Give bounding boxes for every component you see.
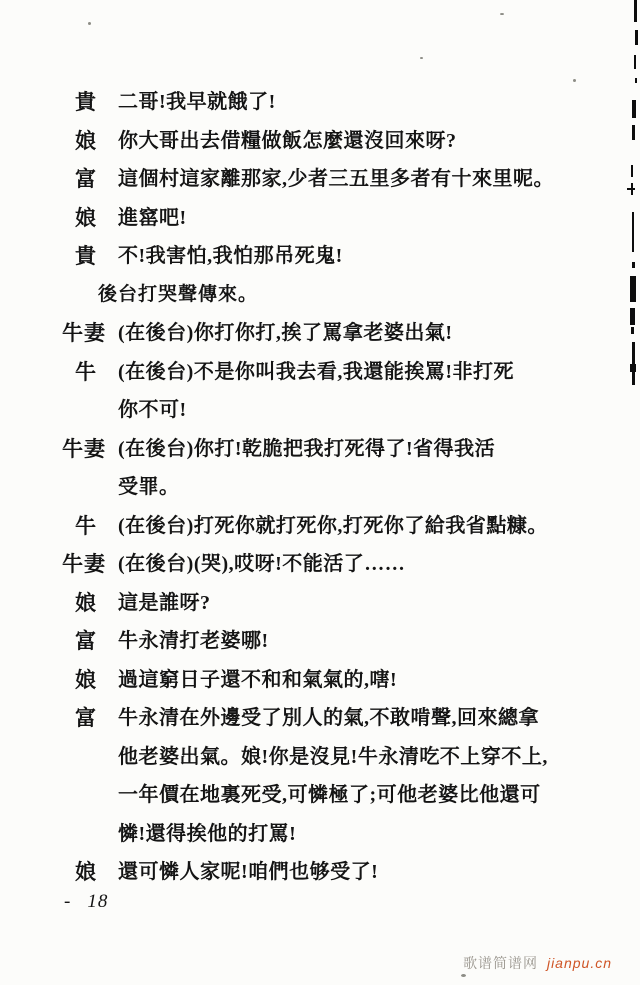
script-text-line: (在後台)你打!乾脆把我打死得了!省得我活 <box>118 430 594 469</box>
speaker-label: 富 <box>62 699 118 738</box>
scanned-script-page: 貴 二哥!我早就餓了! 娘 你大哥出去借糧做飯怎麼還沒回來呀? 富 這個村這家離… <box>0 0 640 985</box>
dialogue-text: (在後台)(哭),哎呀!不能活了…… <box>118 545 594 584</box>
script-row: 娘 進窰吧! <box>62 199 594 238</box>
watermark-site-url: jianpu.cn <box>547 955 612 971</box>
speaker-label: 富 <box>62 160 118 199</box>
script-text-line: 牛永清在外邊受了別人的氣,不敢啃聲,回來總拿 <box>118 699 594 738</box>
speaker-label: 牛妻 <box>62 430 118 469</box>
dialogue-text: (在後台)你打你打,挨了罵拿老婆出氣! <box>118 314 594 353</box>
speaker-label: 牛妻 <box>62 314 118 353</box>
dialogue-text: 你大哥出去借糧做飯怎麼還沒回來呀? <box>118 122 594 161</box>
script-text-line: 不!我害怕,我怕那吊死鬼! <box>118 237 594 276</box>
speaker-label: 貴 <box>62 83 118 122</box>
dialogue-text: (在後台)不是你叫我去看,我還能挨罵!非打死你不可! <box>118 353 594 430</box>
script-text-line: (在後台)你打你打,挨了罵拿老婆出氣! <box>118 314 594 353</box>
script-text-line: 後台打哭聲傳來。 <box>98 276 594 315</box>
script-row: 後台打哭聲傳來。 <box>62 276 594 315</box>
script-text-line: 這是誰呀? <box>118 584 594 623</box>
speaker-label: 貴 <box>62 237 118 276</box>
script-text-line: 還可憐人家呢!咱們也够受了! <box>118 853 594 892</box>
dialogue-text: 後台打哭聲傳來。 <box>118 276 594 315</box>
script-row: 富 這個村這家離那家,少者三五里多者有十來里呢。 <box>62 160 594 199</box>
script-row: 娘 你大哥出去借糧做飯怎麼還沒回來呀? <box>62 122 594 161</box>
script-text-line: 二哥!我早就餓了! <box>118 83 594 122</box>
script-text-line: 過這窮日子還不和和氣氣的,嗐! <box>118 661 594 700</box>
page-number-value: 18 <box>87 891 108 913</box>
script-text-line: 你大哥出去借糧做飯怎麼還沒回來呀? <box>118 122 594 161</box>
dialogue-text: 牛永清打老婆哪! <box>118 622 594 661</box>
page-number: - 18 <box>64 891 108 913</box>
script-text-line: 牛永清打老婆哪! <box>118 622 594 661</box>
script-row: 牛 (在後台)打死你就打死你,打死你了給我省點糠。 <box>62 507 594 546</box>
script-row: 牛 (在後台)不是你叫我去看,我還能挨罵!非打死你不可! <box>62 353 594 430</box>
script-row: 牛妻 (在後台)你打你打,挨了罵拿老婆出氣! <box>62 314 594 353</box>
script-text-line: (在後台)不是你叫我去看,我還能挨罵!非打死 <box>118 353 594 392</box>
dialogue-text: 不!我害怕,我怕那吊死鬼! <box>118 237 594 276</box>
speaker-label: 娘 <box>62 661 118 700</box>
script-text-line: 進窰吧! <box>118 199 594 238</box>
dialogue-text: (在後台)你打!乾脆把我打死得了!省得我活受罪。 <box>118 430 594 507</box>
script-row: 娘 過這窮日子還不和和氣氣的,嗐! <box>62 661 594 700</box>
dialogue-text: 還可憐人家呢!咱們也够受了! <box>118 853 594 892</box>
watermark-site-name: 歌谱简谱网 <box>463 955 538 971</box>
dialogue-text: (在後台)打死你就打死你,打死你了給我省點糠。 <box>118 507 594 546</box>
dialogue-text: 這是誰呀? <box>118 584 594 623</box>
script-row: 牛妻 (在後台)(哭),哎呀!不能活了…… <box>62 545 594 584</box>
speaker-label: 娘 <box>62 199 118 238</box>
script-text-line: 這個村這家離那家,少者三五里多者有十來里呢。 <box>118 160 594 199</box>
dialogue-text: 牛永清在外邊受了別人的氣,不敢啃聲,回來總拿他老婆出氣。娘!你是沒見!牛永清吃不… <box>118 699 594 853</box>
dialogue-text: 這個村這家離那家,少者三五里多者有十來里呢。 <box>118 160 594 199</box>
script-text-line: 你不可! <box>118 391 594 430</box>
script-row: 富 牛永清打老婆哪! <box>62 622 594 661</box>
watermark: 歌谱简谱网 jianpu.cn <box>463 953 612 973</box>
script-text-line: 他老婆出氣。娘!你是沒見!牛永清吃不上穿不上, <box>118 738 594 777</box>
dialogue-text: 過這窮日子還不和和氣氣的,嗐! <box>118 661 594 700</box>
speaker-label: 富 <box>62 622 118 661</box>
script-text-line: (在後台)(哭),哎呀!不能活了…… <box>118 545 594 584</box>
script-row: 牛妻 (在後台)你打!乾脆把我打死得了!省得我活受罪。 <box>62 430 594 507</box>
script-lines: 貴 二哥!我早就餓了! 娘 你大哥出去借糧做飯怎麼還沒回來呀? 富 這個村這家離… <box>62 83 594 892</box>
dialogue-text: 進窰吧! <box>118 199 594 238</box>
script-row: 娘 還可憐人家呢!咱們也够受了! <box>62 853 594 892</box>
script-row: 貴 不!我害怕,我怕那吊死鬼! <box>62 237 594 276</box>
speaker-label: 牛妻 <box>62 545 118 584</box>
script-text-line: 受罪。 <box>118 468 594 507</box>
speaker-label: 牛 <box>62 507 118 546</box>
script-row: 貴 二哥!我早就餓了! <box>62 83 594 122</box>
speaker-label: 牛 <box>62 353 118 392</box>
speaker-label: 娘 <box>62 122 118 161</box>
script-text-line: (在後台)打死你就打死你,打死你了給我省點糠。 <box>118 507 594 546</box>
speaker-label: 娘 <box>62 853 118 892</box>
page-number-dash: - <box>64 891 71 913</box>
dialogue-text: 二哥!我早就餓了! <box>118 83 594 122</box>
speaker-label: 娘 <box>62 584 118 623</box>
script-text-line: 一年價在地裏死受,可憐極了;可他老婆比他還可 <box>118 776 594 815</box>
script-row: 娘 這是誰呀? <box>62 584 594 623</box>
script-row: 富 牛永清在外邊受了別人的氣,不敢啃聲,回來總拿他老婆出氣。娘!你是沒見!牛永清… <box>62 699 594 853</box>
script-text-line: 憐!還得挨他的打罵! <box>118 815 594 854</box>
